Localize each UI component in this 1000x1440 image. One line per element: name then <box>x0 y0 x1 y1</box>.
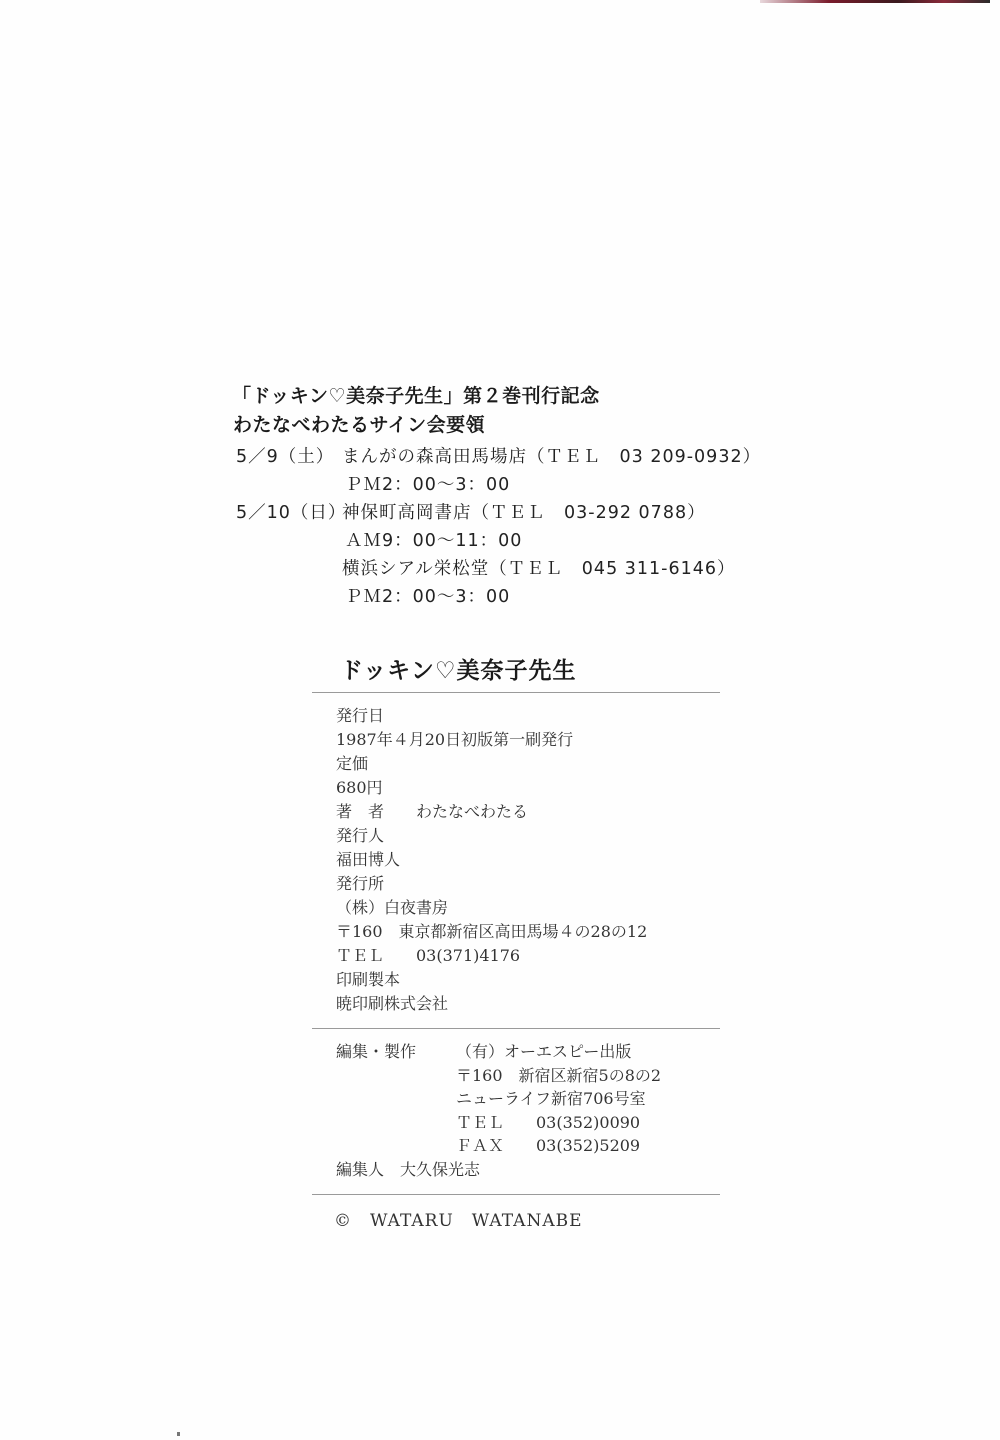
editing-fax: ＦＡＸ 03(352)5209 <box>456 1134 661 1158</box>
editing-address1: 〒160 新宿区新宿5の8の2 <box>456 1064 661 1088</box>
publish-date: 1987年４月20日初版第一刷発行 <box>336 728 647 752</box>
schedule-date: 5／9（土） <box>236 443 334 468</box>
event-title-line1: 「ドッキン♡美奈子先生」第２巻刊行記念 <box>232 381 600 408</box>
editing-details: （有）オーエスピー出版 〒160 新宿区新宿5の8の2 ニューライフ新宿706号… <box>456 1040 661 1158</box>
schedule-time: ＰＭ2：00～3：00 <box>345 583 510 608</box>
editing-company: （有）オーエスピー出版 <box>456 1040 661 1064</box>
publisher-person: 福田博人 <box>336 848 647 872</box>
divider <box>312 1194 720 1195</box>
label-publisher: 発行所 <box>336 872 647 896</box>
schedule-time: ＰＭ2：00～3：00 <box>345 471 510 496</box>
price: 680円 <box>336 776 647 800</box>
publisher-tel: ＴＥＬ 03(371)4176 <box>336 944 647 968</box>
editing-tel: ＴＥＬ 03(352)0090 <box>456 1111 661 1135</box>
printer: 暁印刷株式会社 <box>336 992 647 1016</box>
editor: 編集人 大久保光志 <box>336 1158 480 1182</box>
label-printing: 印刷製本 <box>336 968 647 992</box>
schedule-time: ＡＭ9：00～11：00 <box>345 527 522 552</box>
publisher-address: 〒160 東京都新宿区高田馬場４の28の12 <box>336 920 647 944</box>
publisher: （株）白夜書房 <box>336 896 647 920</box>
top-edge-mark <box>760 0 990 3</box>
label-publish-date: 発行日 <box>336 704 647 728</box>
author: 著 者 わたなべわたる <box>336 800 647 824</box>
schedule-store: まんがの森高田馬場店（ＴＥＬ 03 209-0932） <box>342 443 761 468</box>
copyright: © WATARU WATANABE <box>334 1206 583 1231</box>
editing-label-text: 編集・製作 <box>336 1040 416 1064</box>
editing-label: 編集・製作 <box>336 1040 416 1064</box>
editor-text: 編集人 大久保光志 <box>336 1158 480 1182</box>
divider <box>312 1028 720 1029</box>
event-title-line2: わたなべわたるサイン会要領 <box>233 410 485 437</box>
label-publisher-person: 発行人 <box>336 824 647 848</box>
schedule-store: 神保町高岡書店（ＴＥＬ 03-292 0788） <box>342 499 706 524</box>
editing-address2: ニューライフ新宿706号室 <box>456 1087 661 1111</box>
label-price: 定価 <box>336 752 647 776</box>
divider <box>312 692 720 693</box>
book-title: ドッキン♡美奈子先生 <box>340 652 576 685</box>
colophon-details: 発行日 1987年４月20日初版第一刷発行 定価 680円 著 者 わたなべわた… <box>336 704 647 1016</box>
schedule-store: 横浜シアル栄松堂（ＴＥＬ 045 311-6146） <box>342 555 736 580</box>
scan-speck <box>177 1432 180 1436</box>
schedule-date: 5／10（日） <box>236 499 346 524</box>
